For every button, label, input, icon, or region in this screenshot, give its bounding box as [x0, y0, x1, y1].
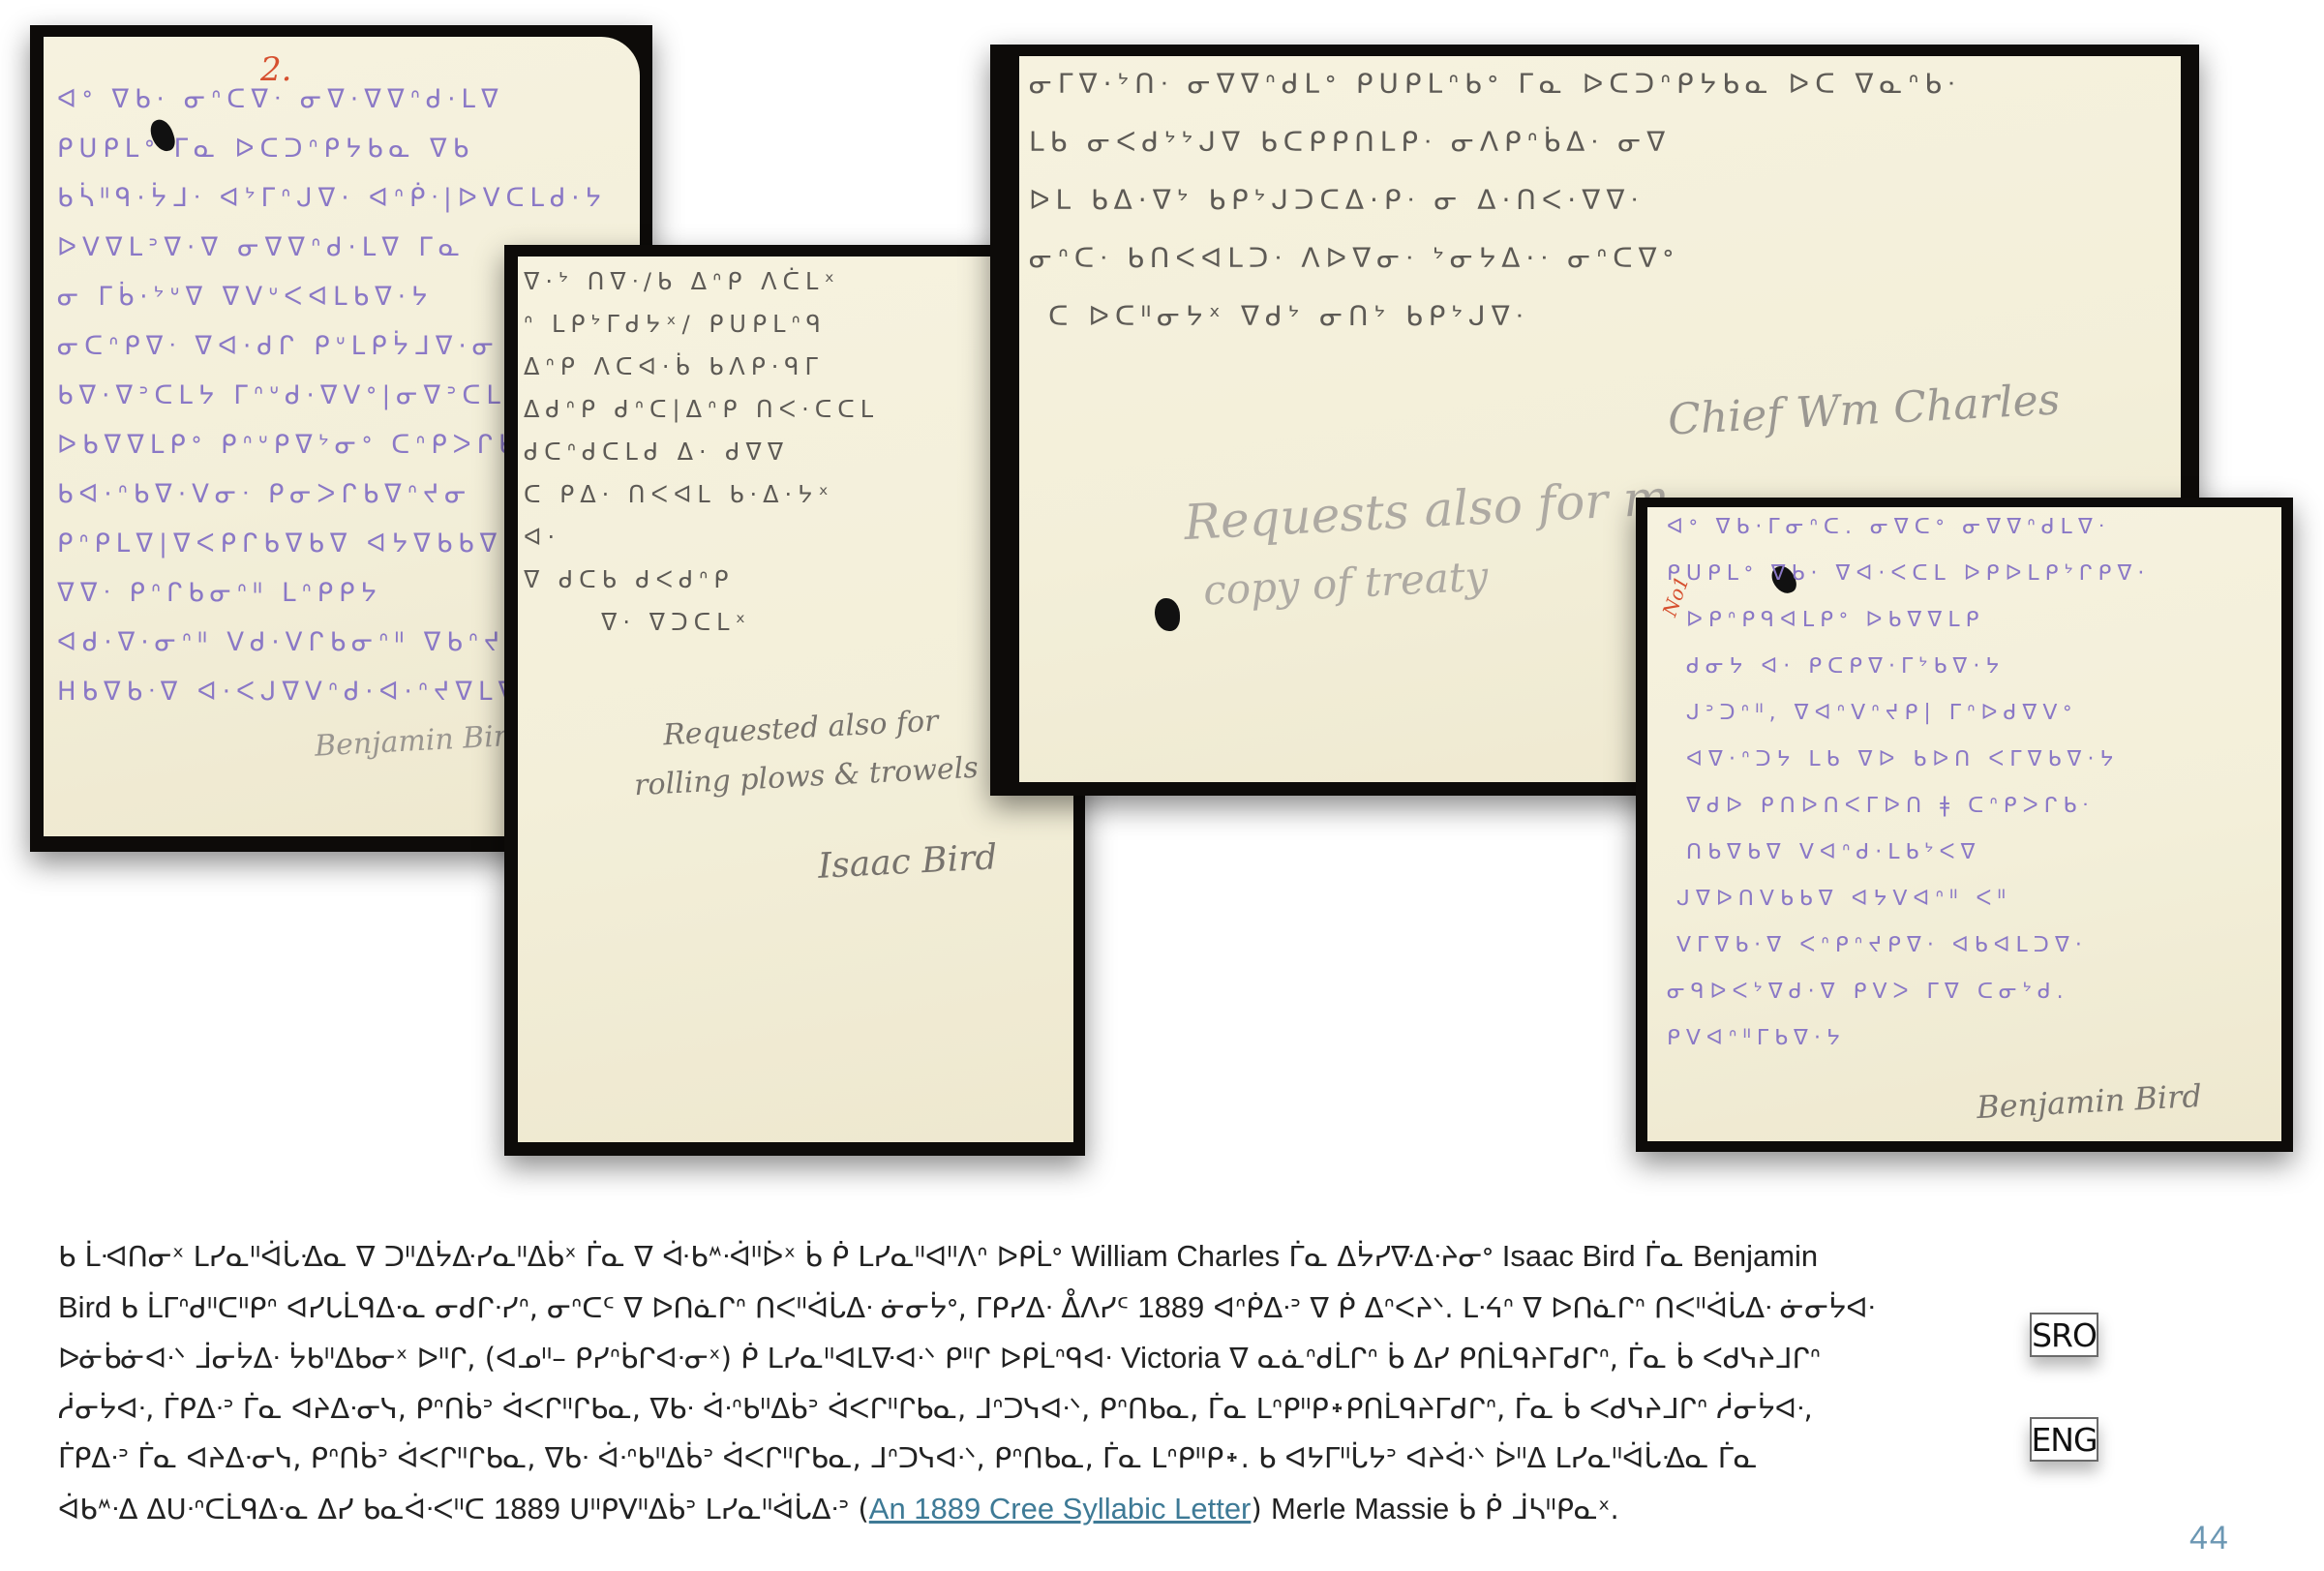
- handwritten-line: ᑭᑌᑭᒪᐤ ᒥᓇ ᐅᑕᑐᐢᑭᔭᑲᓇ ᐁᑲ: [57, 135, 474, 164]
- caption-syllabics-text: ᐊᐢᑮᐃᐧᐣ ᐁ ᑮ ᐃᐢᐸᔨᐠ. ᒪᐧᔦᐢ ᐁ ᐅᑎᓈᒋᐢ ᑎᐸᐦᐋᒑᐃᐧ ᓃ…: [1204, 1291, 1875, 1324]
- handwritten-line: ᑯᑕᐢᑯᑕᒪᑯ ᐃ· ᑯᐁᐁ: [524, 438, 789, 466]
- handwritten-line: ᐁᐁᐧ ᑭᐢᒋᑲᓂᐢᐦ ᒪᐢᑭᑭᔭ: [57, 579, 382, 608]
- handwritten-line: ᐊ·: [524, 524, 560, 551]
- paper-sheet: No1 ᐊᐤ ᐁᑲ·ᒥᓂᐢᑕ. ᓂᐁᑕᐤ ᓂᐁᐁᐢᑯᒪᐁᐧᑭᑌᑭᒪᐤ ᐁᑲ· ᐁ…: [1647, 507, 2281, 1141]
- handwritten-line: ᑕ ᑭᐃ· ᑎᐸᐊᒪ ᑲ·ᐃ·ᔭˣ: [524, 481, 834, 508]
- handwritten-line: ᒪᑲ ᓂᐸᑯᔾᔾᒍᐁ ᑲᑕᑭᑭᑎᒪᑭᐧ ᓂᐱᑭᐢᑳᐃᐧ ᓂᐁ: [1029, 126, 1671, 158]
- caption-line: Bird ᑲ ᒫᒥᐢᑯᐦᑕᐦᑭᐢ ᐊᓯᒐᒫᑫᐃᐧᓇ ᓂᑯᒋᐧᓯᐢ, ᓂᐢᑕᑦ ᐁ…: [58, 1283, 1955, 1334]
- caption-latin-text: Bird: [58, 1290, 111, 1324]
- ink-blot: [1155, 598, 1180, 631]
- handwritten-line: ᐊᐤ ᐁᑲ·ᒥᓂᐢᑕ. ᓂᐁᑕᐤ ᓂᐁᐁᐢᑯᒪᐁᐧ: [1667, 515, 2110, 539]
- caption-syllabics-text: ᑳ ᑮ ᒨᓴᐦᑭᓇˣ.: [1449, 1493, 1618, 1526]
- handwritten-line: ᐅᑲᐁᐁᒪᑭᐤ ᑭᐢᐡᑭᐁᔾᓂᐤ ᑕᐢᑭᐳᒋᑲᐧ: [57, 431, 532, 460]
- caption-syllabics-text: ᐅᓃᑳᓃᐊᐧᐠ ᒨᓂᔮᐃᐧ ᔮᑲᐦᐃᑲᓂˣ ᐅᐦᒋ, (ᐊᓄᐦ– ᑭᓯᐢᑳᒋᐊᐧ…: [58, 1342, 1121, 1375]
- caption-syllabics-text: ᒦᑭᐃᐧᐣ ᒦᓇ ᐊᔨᐃᐧᓂᓭ, ᑭᐢᑎᑳᐣ ᐋᐸᒋᐦᒋᑲᓇ, ᐁᑲᐧ ᐋᐧᐢᑲ…: [58, 1441, 1758, 1474]
- english-note-line-1: Requests also for m: [1183, 469, 1671, 551]
- handwritten-line: ᑲᐊ·ᐢᑲᐁ·ᐯᓂᐧ ᑭᓂᐳᒋᑲᐁᐢᔪᓂ: [57, 480, 471, 509]
- signature: Benjamin Bird: [314, 718, 527, 763]
- handwritten-line: ᑯᓂᔭ ᐊ· ᑭᑕᑭᐁ·ᒥᔾᑲᐁ·ᔭ: [1686, 654, 2005, 679]
- handwritten-line: ᐃᐢᑭ ᐱᑕᐊ·ᑳ ᑲᐱᑭ·ᑫᒥ: [524, 353, 824, 380]
- handwritten-line: ᐅᑭᐢᑭᑫᐊᒪᑭᐤ ᐅᑲᐁᐁᒪᑭ: [1686, 608, 1984, 632]
- handwritten-line: ᐢ ᒪᑭᔾᒥᑯᔭˣ/ ᑭᑌᑭᒪᐢᑫ: [524, 311, 827, 338]
- handwritten-line: ᐁ ᑯᑕᑲ ᑯᐸᑯᐢᑭ: [524, 566, 734, 593]
- handwritten-line: ᓂ ᒥᑳ·ᔾᐡᐁ ᐁᐯᐡᐸᐊᒪᑲᐁ·ᔭ: [57, 283, 433, 312]
- english-note-line-2: copy of treaty: [1202, 552, 1490, 614]
- caption-latin-text: Isaac Bird: [1502, 1239, 1636, 1273]
- english-note-line-1: Requested also for: [662, 705, 939, 753]
- signature: Isaac Bird: [817, 837, 998, 887]
- handwritten-line: ᓂᒥᐁ·ᔾᑎᐧ ᓂᐁᐁᐢᑯᒪᐤ ᑭᑌᑭᒪᐢᑲᐤ ᒥᓇ ᐅᑕᑐᐢᑭᔭᑲᓇ ᐅᑕ ᐁ…: [1029, 68, 1960, 100]
- eng-language-button[interactable]: ENG: [2030, 1417, 2098, 1462]
- handwritten-line: ᒍᐁᐅᑎᐯᑲᑲᐁ ᐊᔭᐯᐊᐢᐦ ᐸᐦ: [1676, 887, 2011, 911]
- page-number: 44: [2189, 1520, 2230, 1557]
- handwritten-line: ᓂᐢᑕᐧ ᑲᑎᐸᐊᒪᑐᐧ ᐱᐅᐁᓂᐧ ᔾᓂᔭᐃ·ᐧ ᓂᐢᑕᐁᐤ: [1029, 242, 1679, 274]
- handwritten-line: ᑎᑲᐁᑲᐁ ᐯᐊᐢᑯ·ᒪᑲᔾᐸᐁ: [1686, 840, 1981, 864]
- handwritten-line: ᓂᑕᐢᑭᐁᐧ ᐁᐊ·ᑯᒋ ᑭᐡᒪᑭᔮᒧᐁ·ᓂ: [57, 332, 499, 361]
- caption-latin-text: Merle Massie: [1271, 1492, 1449, 1526]
- handwritten-line: ᒍᐣᑐᐢᐦ, ᐁᐊᐢᐯᐢᔪᑭ| ᒥᐢᐅᑯᐁᐯᐤ: [1686, 701, 2077, 725]
- caption-syllabics-text: ᒦᓇ ᐃᔮᓯᐍᐃᐧᔨᓂᐤ: [1280, 1240, 1502, 1273]
- handwritten-line: ᓂᑫᐅᐸᔾᐁᑯ·ᐁ ᑭᐯᐳ ᒥᐁ ᑕᓂᔾᑯ.: [1667, 980, 2069, 1004]
- handwritten-line: ᐁ· ᐁᑐᑕᒪˣ: [601, 609, 751, 636]
- caption-line: ᐋᑲᔿᐧᐃ ᐃᑌᐧᐢᑕᒫᑫᐃᐧᓇ ᐃᓯ ᑲᓇᐋᐧᐸᐦᑕ 1889 ᑌᐦᑭᐯᐦᐃᑳ…: [58, 1484, 1955, 1535]
- caption-syllabics-text: ᑲ ᒫᐗᑎᓂˣ ᒪᓯᓇᐦᐋᒑᐎᓇ ᐁ ᑐᐦᐃᔮᐏᓯᓇᐦᐃᑳˣ ᒦᓇ ᐁ ᐚᑲᔿᐧ…: [58, 1240, 1071, 1273]
- handwritten-line: ᐊᐁ·ᐢᑐᔭ ᒪᑲ ᐁᐅ ᑲᐅᑎ ᐸᒥᐁᑲᐁ·ᔭ: [1686, 747, 2119, 771]
- handwritten-line: ᐊᐤ ᐁᑲ· ᓂᐢᑕᐁᐧ ᓂᐁ·ᐁᐁᐢᑯ·ᒪᐁ: [57, 85, 504, 114]
- sro-language-button[interactable]: SRO: [2030, 1313, 2098, 1357]
- caption-line: ᓲᓂᔮᐊᐧ, ᒦᑭᐃᐧᐣ ᒦᓇ ᐊᔨᐃᐧᓂᓭ, ᑭᐢᑎᑳᐣ ᐋᐸᒋᐦᒋᑲᓇ, ᐁ…: [58, 1384, 1955, 1435]
- handwritten-line: ᐁ·ᔾ ᑎᐁᐧ/ᑲ ᐃᐢᑭ ᐱᑖᒪˣ: [524, 268, 840, 295]
- caption-syllabics-text: ᓲᓂᔮᐊᐧ, ᒦᑭᐃᐧᐣ ᒦᓇ ᐊᔨᐃᐧᓂᓭ, ᑭᐢᑎᑳᐣ ᐋᐸᒋᐦᒋᑲᓇ, ᐁ…: [58, 1392, 1813, 1425]
- caption-syllabics-text: ᑌᐦᑭᐯᐦᐃᑳᐣ ᒪᓯᓇᐦᐋᒑᐃᐧᐣ (: [560, 1493, 869, 1526]
- signature: Benjamin Bird: [1976, 1077, 2203, 1126]
- handwritten-line: ᐁᑯᐅ ᑭᑎᐅᑎᐸᒥᐅᑎ ǂ ᑕᐢᑭᐳᒋᑲᐧ: [1686, 794, 2094, 818]
- handwritten-line: ᑭᐢᑭᒪᐁ|ᐁᐸᑭᒋᑲᐁᑲᐁ ᐊᔭᐁᑲᑲᐁ: [57, 529, 502, 559]
- caption-syllabics-text: ): [1251, 1493, 1271, 1526]
- caption-syllabics-text: ᐋᑲᔿᐧᐃ ᐃᑌᐧᐢᑕᒫᑫᐃᐧᓇ ᐃᓯ ᑲᓇᐋᐧᐸᐦᑕ: [58, 1493, 494, 1526]
- handwritten-line: ᑕ ᐅᑕᐦᓂᔭˣ ᐁᑯᔾ ᓂᑎᔾ ᑲᑭᔾᒍᐁᐧ: [1048, 300, 1528, 332]
- handwritten-line: ᐃᑯᐢᑭ ᑯᐢᑕ|ᐃᐢᑭ ᑎᐸ·ᑕᑕᒪ: [524, 396, 879, 423]
- caption-line: ᐅᓃᑳᓃᐊᐧᐠ ᒨᓂᔮᐃᐧ ᔮᑲᐦᐃᑲᓂˣ ᐅᐦᒋ, (ᐊᓄᐦ– ᑭᓯᐢᑳᒋᐊᐧ…: [58, 1333, 1955, 1384]
- handwritten-line: ᐅᐯᐁᒪᐣᐁ·ᐁ ᓂᐁᐁᐢᑯ·ᒪᐁ ᒥᓇ: [57, 233, 466, 262]
- english-note-line-2: rolling plows & trowels: [633, 751, 979, 803]
- caption-latin-text: Benjamin: [1693, 1239, 1818, 1273]
- caption-latin-text: William Charles: [1071, 1239, 1280, 1273]
- caption-syllabics-text: ᒦᓇ: [1636, 1240, 1693, 1273]
- caption-latin-text: 1889: [494, 1492, 560, 1526]
- handwritten-line: ᑲᐁ·ᐁᐣᑕᒪᔭ ᒥᐢᐡᑯ·ᐁᐯᐤ|ᓂᐁᐣᑕᒪᐁ: [57, 381, 529, 410]
- photo-letter-benjamin-page-1: No1 ᐊᐤ ᐁᑲ·ᒥᓂᐢᑕ. ᓂᐁᑕᐤ ᓂᐁᐁᐢᑯᒪᐁᐧᑭᑌᑭᒪᐤ ᐁᑲ· ᐁ…: [1636, 498, 2293, 1152]
- caption-line: ᑲ ᒫᐗᑎᓂˣ ᒪᓯᓇᐦᐋᒑᐎᓇ ᐁ ᑐᐦᐃᔮᐏᓯᓇᐦᐃᑳˣ ᒦᓇ ᐁ ᐚᑲᔿᐧ…: [58, 1231, 1955, 1283]
- page-mark: 2.: [260, 50, 291, 89]
- caption-latin-text: Victoria: [1121, 1341, 1221, 1375]
- caption-paragraph: ᑲ ᒫᐗᑎᓂˣ ᒪᓯᓇᐦᐋᒑᐎᓇ ᐁ ᑐᐦᐃᔮᐏᓯᓇᐦᐃᑳˣ ᒦᓇ ᐁ ᐚᑲᔿᐧ…: [58, 1231, 1955, 1535]
- caption-latin-text: 1889: [1137, 1290, 1204, 1324]
- handwritten-line: ᑲᓵᐦᑫ·ᔮᒧᐧ ᐊᔾᒥᐢᒍᐁ· ᐊᐢᑮᐧ|ᐅᐯᑕᒪᑯ·ᔭ: [57, 184, 607, 213]
- caption-syllabics-text: ᐁ ᓇᓈᐢᑯᒫᒋᐢ ᑳ ᐃᓯ ᑭᑎᒫᑫᔨᒥᑯᒋᐢ, ᒦᓇ ᑳ ᐸᑯᓭᔨᒧᒋᐢ: [1221, 1342, 1821, 1375]
- caption-syllabics-text: ᑲ ᒫᒥᐢᑯᐦᑕᐦᑭᐢ ᐊᓯᒐᒫᑫᐃᐧᓇ ᓂᑯᒋᐧᓯᐢ, ᓂᐢᑕᑦ ᐁ ᐅᑎᓈᒋ…: [111, 1291, 1137, 1324]
- handwritten-line: ᕼᑲᐁᑲᐧᐁ ᐊ·ᐸᒍᐁᐯᐢᑯ·ᐊ·ᐢᔪᐁᒪᐁ: [57, 678, 521, 707]
- handwritten-line: ᐊᑯ·ᐁ·ᓂᐢᐦ ᐯᑯ·ᐯᒋᑲᓂᐢᐦ ᐁᑲᐢᔪᔪᑭ: [57, 628, 549, 657]
- caption-line: ᒦᑭᐃᐧᐣ ᒦᓇ ᐊᔨᐃᐧᓂᓭ, ᑭᐢᑎᑳᐣ ᐋᐸᒋᐦᒋᑲᓇ, ᐁᑲᐧ ᐋᐧᐢᑲ…: [58, 1434, 1955, 1484]
- handwritten-line: ᑭᐯᐊᐢᐦᒥᑲᐁ·ᔭ: [1667, 1026, 1846, 1050]
- handwritten-line: ᐅᒪ ᑲᐃ·ᐁᔾ ᑲᑭᔾᒍᑐᑕᐃ·ᑭᐧ ᓂ ᐃ·ᑎᐸ·ᐁᐁᐧ: [1029, 184, 1644, 216]
- source-link[interactable]: An 1889 Cree Syllabic Letter: [869, 1492, 1252, 1526]
- handwritten-line: ᑭᑌᑭᒪᐤ ᐁᑲ· ᐁᐊ·ᐸᑕᒪ ᐅᑭᐅᒪᑭᔾᒋᑭᐁ·: [1667, 561, 2150, 586]
- handwritten-line: ᐯᒥᐁᑲ·ᐁ ᐸᐢᑭᐢᔪᑭᐁ· ᐊᑲᐊᒪᑐᐁ·: [1676, 933, 2088, 957]
- signature: Chief Wm Charles: [1667, 375, 2061, 444]
